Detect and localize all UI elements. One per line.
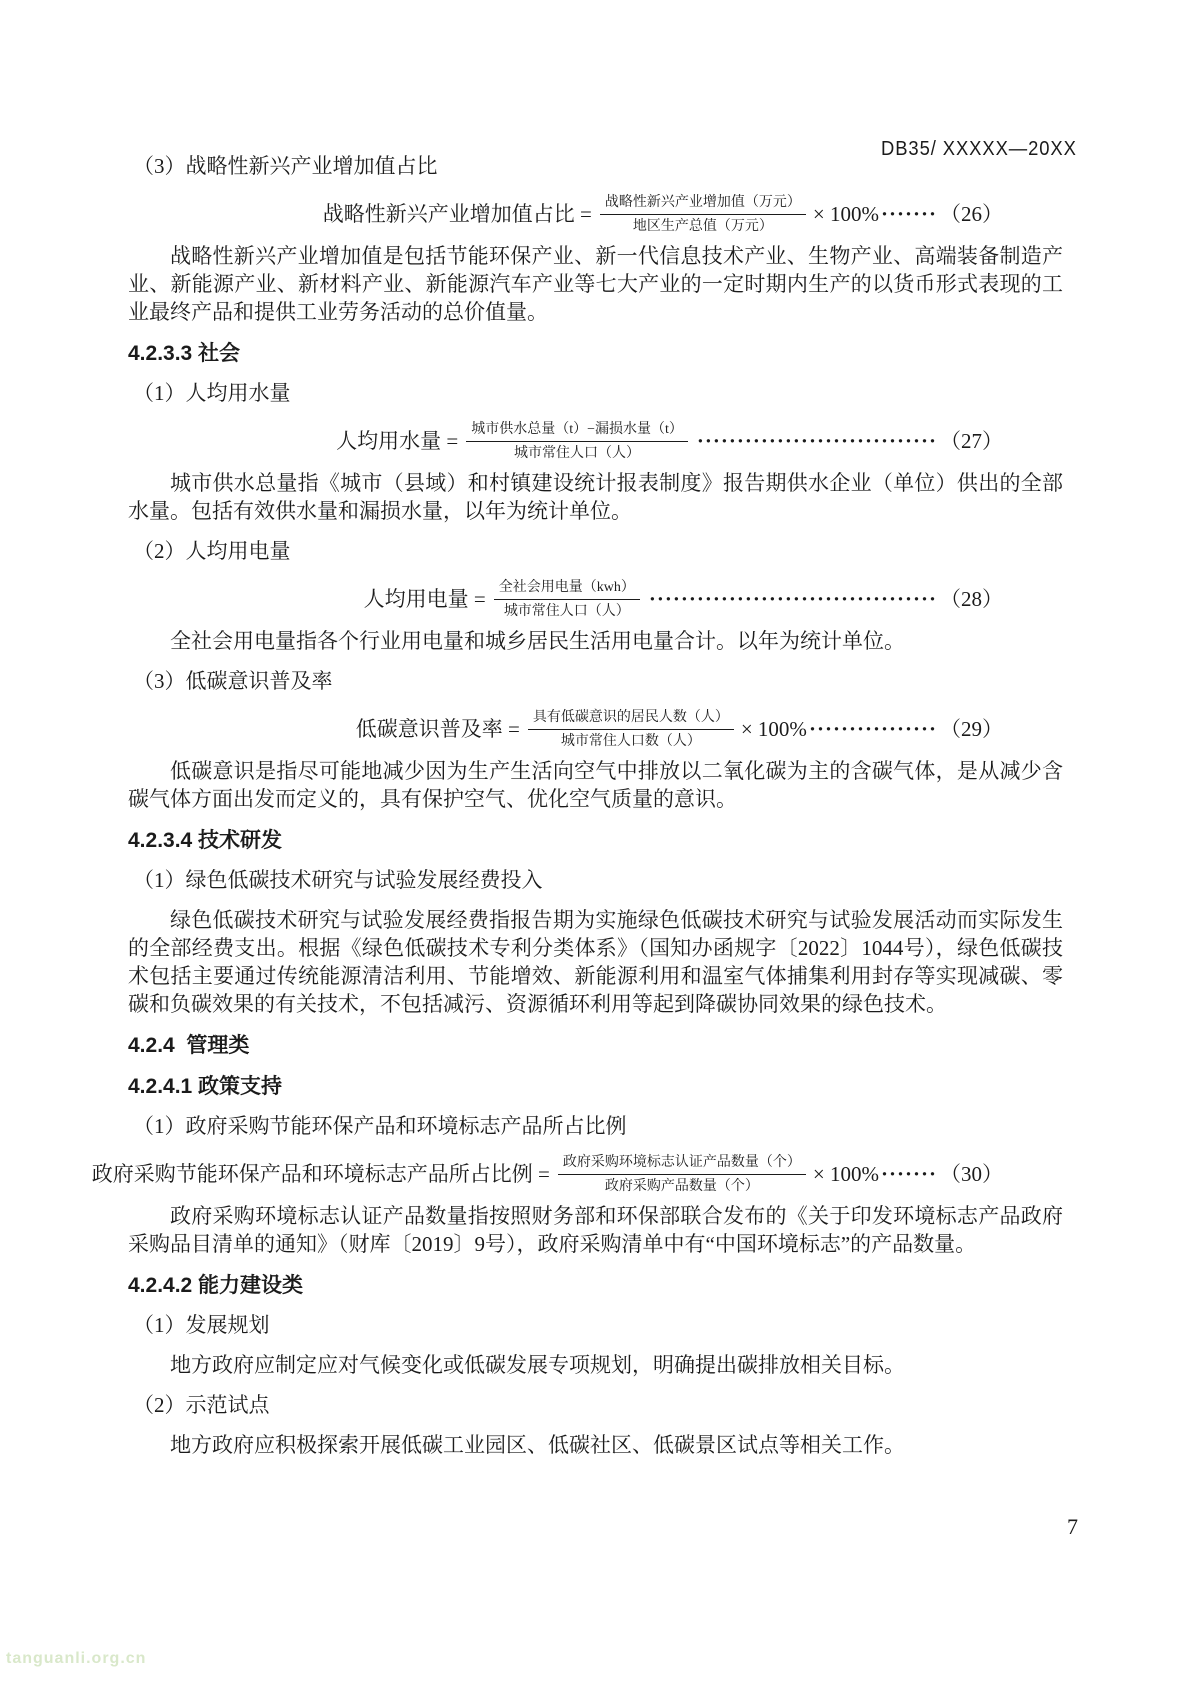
formula-30-multiplier: × 100% bbox=[813, 1162, 879, 1187]
formula-30: 政府采购节能环保产品和环境标志产品所占比例 = 政府采购环境标志认证产品数量（个… bbox=[128, 1152, 1063, 1197]
clause-item-development-planning: （1）发展规划 bbox=[128, 1312, 1063, 1338]
formula-29-number: （29） bbox=[940, 717, 1003, 742]
formula-26-dot-leaders: ······· bbox=[881, 202, 937, 227]
formula-30-lhs: 政府采购节能环保产品和环境标志产品所占比例 = bbox=[92, 1162, 550, 1187]
paragraph-power-consumption: 全社会用电量指各个行业用电量和城乡居民生活用电量合计。以年为统计单位。 bbox=[128, 627, 1063, 655]
paragraph-water-supply: 城市供水总量指《城市（县域）和村镇建设统计报表制度》报告期供水企业（单位）供出的… bbox=[128, 469, 1063, 525]
formula-28-denominator: 城市常住人口（人） bbox=[494, 600, 640, 622]
page-number: 7 bbox=[1067, 1514, 1078, 1540]
document-code: DB35/ XXXXX—20XX bbox=[881, 138, 1077, 161]
section-heading-4-2-4-2: 4.2.4.2 能力建设类 bbox=[128, 1273, 1063, 1299]
paragraph-low-carbon-awareness: 低碳意识是指尽可能地减少因为生产生活向空气中排放以二氧化碳为主的含碳气体，是从减… bbox=[128, 757, 1063, 813]
formula-29-numerator: 具有低碳意识的居民人数（人） bbox=[528, 707, 734, 730]
formula-27-dot-leaders: ······························ bbox=[697, 429, 937, 454]
section-heading-4-2-4-1: 4.2.4.1 政策支持 bbox=[128, 1074, 1063, 1100]
formula-27-number: （27） bbox=[940, 429, 1003, 454]
formula-26-number: （26） bbox=[940, 202, 1003, 227]
clause-item-gov-procurement: （1）政府采购节能环保产品和环境标志产品所占比例 bbox=[128, 1113, 1063, 1139]
section-heading-4-2-3-3: 4.2.3.3 社会 bbox=[128, 341, 1063, 367]
formula-26-numerator: 战略性新兴产业增加值（万元） bbox=[600, 192, 806, 215]
paragraph-demonstration-pilot: 地方政府应积极探索开展低碳工业园区、低碳社区、低碳景区试点等相关工作。 bbox=[128, 1431, 1063, 1459]
paragraph-gov-procurement: 政府采购环境标志认证产品数量指按照财务部和环保部联合发布的《关于印发环境标志产品… bbox=[128, 1202, 1063, 1258]
clause-item-power-per-capita: （2）人均用电量 bbox=[128, 538, 1063, 564]
formula-29-fraction: 具有低碳意识的居民人数（人） 城市常住人口数（人） bbox=[528, 707, 734, 752]
formula-27-numerator: 城市供水总量（t）−漏损水量（t） bbox=[466, 419, 688, 442]
formula-28-dot-leaders: ···································· bbox=[649, 587, 937, 612]
clause-item-low-carbon-awareness: （3）低碳意识普及率 bbox=[128, 668, 1063, 694]
formula-28: 人均用电量 = 全社会用电量（kwh） 城市常住人口（人） ··········… bbox=[128, 577, 1063, 622]
formula-30-denominator: 政府采购产品数量（个） bbox=[558, 1175, 806, 1197]
formula-29-multiplier: × 100% bbox=[741, 717, 807, 742]
paragraph-strategic-industry: 战略性新兴产业增加值是包括节能环保产业、新一代信息技术产业、生物产业、高端装备制… bbox=[128, 242, 1063, 326]
formula-27: 人均用水量 = 城市供水总量（t）−漏损水量（t） 城市常住人口（人） ····… bbox=[128, 419, 1063, 464]
formula-27-fraction: 城市供水总量（t）−漏损水量（t） 城市常住人口（人） bbox=[466, 419, 688, 464]
section-heading-4-2-3-4: 4.2.3.4 技术研发 bbox=[128, 828, 1063, 854]
formula-26-lhs: 战略性新兴产业增加值占比 = bbox=[323, 202, 592, 227]
formula-29-denominator: 城市常住人口数（人） bbox=[528, 730, 734, 752]
formula-26-fraction: 战略性新兴产业增加值（万元） 地区生产总值（万元） bbox=[600, 192, 806, 237]
formula-26-multiplier: × 100% bbox=[813, 202, 879, 227]
formula-28-lhs: 人均用电量 = bbox=[364, 587, 486, 612]
formula-30-fraction: 政府采购环境标志认证产品数量（个） 政府采购产品数量（个） bbox=[558, 1152, 806, 1197]
formula-28-numerator: 全社会用电量（kwh） bbox=[494, 577, 640, 600]
section-heading-4-2-4: 4.2.4 管理类 bbox=[128, 1033, 1063, 1059]
clause-item-green-rnd-funding: （1）绿色低碳技术研究与试验发展经费投入 bbox=[128, 867, 1063, 893]
formula-30-numerator: 政府采购环境标志认证产品数量（个） bbox=[558, 1152, 806, 1175]
document-page: DB35/ XXXXX—20XX （3）战略性新兴产业增加值占比 战略性新兴产业… bbox=[0, 0, 1191, 1684]
clause-item-water-per-capita: （1）人均用水量 bbox=[128, 380, 1063, 406]
formula-29-lhs: 低碳意识普及率 = bbox=[356, 717, 520, 742]
paragraph-green-rnd: 绿色低碳技术研究与试验发展经费指报告期为实施绿色低碳技术研究与试验发展活动而实际… bbox=[128, 906, 1063, 1018]
formula-29-dot-leaders: ················ bbox=[809, 717, 937, 742]
formula-26: 战略性新兴产业增加值占比 = 战略性新兴产业增加值（万元） 地区生产总值（万元）… bbox=[128, 192, 1063, 237]
formula-28-fraction: 全社会用电量（kwh） 城市常住人口（人） bbox=[494, 577, 640, 622]
formula-28-number: （28） bbox=[940, 587, 1003, 612]
watermark: tanguanli.org.cn bbox=[6, 1650, 146, 1668]
formula-29: 低碳意识普及率 = 具有低碳意识的居民人数（人） 城市常住人口数（人） × 10… bbox=[128, 707, 1063, 752]
paragraph-development-planning: 地方政府应制定应对气候变化或低碳发展专项规划，明确提出碳排放相关目标。 bbox=[128, 1351, 1063, 1379]
formula-27-denominator: 城市常住人口（人） bbox=[466, 442, 688, 464]
formula-30-number: （30） bbox=[940, 1162, 1003, 1187]
clause-item-demonstration-pilot: （2）示范试点 bbox=[128, 1392, 1063, 1418]
formula-27-lhs: 人均用水量 = bbox=[336, 429, 458, 454]
formula-26-denominator: 地区生产总值（万元） bbox=[600, 215, 806, 237]
formula-30-dot-leaders: ······· bbox=[881, 1162, 937, 1187]
